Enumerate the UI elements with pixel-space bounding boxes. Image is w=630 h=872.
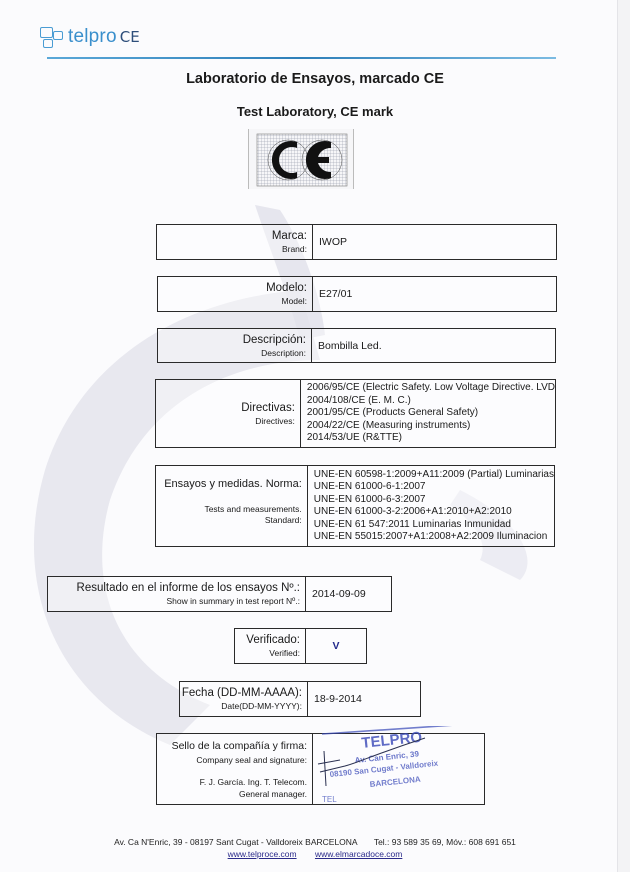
directives-label-en: Directives: xyxy=(156,416,295,426)
seal-label-en: Company seal and signature: xyxy=(157,755,307,765)
footer-address-text: Av. Ca N'Enric, 39 - 08197 Sant Cugat - … xyxy=(114,837,358,847)
report-label: Resultado en el informe de los ensayos N… xyxy=(48,582,300,594)
page-subtitle: Test Laboratory, CE mark xyxy=(0,104,630,119)
telproce-link[interactable]: www.telproce.com xyxy=(228,849,297,859)
page-title: Laboratorio de Ensayos, marcado CE xyxy=(0,71,630,87)
telpro-logo: telpro CE xyxy=(40,22,140,52)
logo-text: telpro xyxy=(68,26,117,48)
seal-field: Sello de la compañía y firma: Company se… xyxy=(156,733,485,805)
verified-value: V xyxy=(332,640,339,652)
directive-item: 2006/95/CE (Electric Safety. Low Voltage… xyxy=(307,382,555,395)
seal-label: Sello de la compañía y firma: xyxy=(157,740,307,752)
description-field: Descripción: Description: Bombilla Led. xyxy=(157,328,556,363)
footer-links: www.telproce.com www.elmarcadoce.com xyxy=(0,849,630,859)
date-label: Fecha (DD-MM-AAAA): xyxy=(180,687,302,699)
brand-label: Marca: xyxy=(157,230,307,242)
logo-squares-icon xyxy=(40,25,66,49)
description-label: Descripción: xyxy=(158,334,306,346)
verified-label-en: Verified: xyxy=(235,648,300,658)
date-value: 18-9-2014 xyxy=(314,693,420,705)
ce-mark-icon xyxy=(249,129,353,189)
directive-item: 2004/108/CE (E. M. C.) xyxy=(307,395,555,408)
standards-field: Ensayos y medidas. Norma: Tests and meas… xyxy=(155,465,555,547)
logo-ce: CE xyxy=(120,28,140,46)
page-edge xyxy=(617,0,630,872)
standards-label-en-2: Standard: xyxy=(156,515,302,525)
signer-name: F. J. García. Ing. T. Telecom. xyxy=(157,777,307,787)
verified-field: Verificado: Verified: V xyxy=(234,628,367,664)
standard-item: UNE-EN 60598-1:2009+A11:2009 (Partial) L… xyxy=(314,469,554,482)
brand-field: Marca: Brand: IWOP xyxy=(156,224,557,260)
model-value: E27/01 xyxy=(319,288,556,300)
date-field: Fecha (DD-MM-AAAA): Date(DD-MM-YYYY): 18… xyxy=(179,681,421,717)
model-field: Modelo: Model: E27/01 xyxy=(157,276,557,312)
standards-label: Ensayos y medidas. Norma: xyxy=(156,478,302,490)
standard-item: UNE-EN 61000-3-2:2006+A1:2010+A2:2010 xyxy=(314,506,554,519)
directive-item: 2004/22/CE (Measuring instruments) xyxy=(307,420,555,433)
report-value: 2014-09-09 xyxy=(312,588,391,600)
ce-mark-diagram xyxy=(248,129,354,189)
directive-item: 2014/53/UE (R&TTE) xyxy=(307,432,555,445)
brand-label-en: Brand: xyxy=(157,244,307,254)
standards-list: UNE-EN 60598-1:2009+A11:2009 (Partial) L… xyxy=(308,466,554,546)
signer-role: General manager. xyxy=(157,789,307,799)
directives-list: 2006/95/CE (Electric Safety. Low Voltage… xyxy=(301,380,555,447)
footer-address: Av. Ca N'Enric, 39 - 08197 Sant Cugat - … xyxy=(0,837,630,847)
verified-label: Verificado: xyxy=(235,634,300,646)
standard-item: UNE-EN 55015:2007+A1:2008+A2:2009 Ilumin… xyxy=(314,531,554,544)
header-rule xyxy=(47,57,556,59)
description-value: Bombilla Led. xyxy=(318,340,555,352)
elmarcadoce-link[interactable]: www.elmarcadoce.com xyxy=(315,849,402,859)
report-field: Resultado en el informe de los ensayos N… xyxy=(47,576,392,612)
standards-label-en: Tests and measurements. xyxy=(156,504,302,514)
brand-value: IWOP xyxy=(319,236,556,248)
footer-phones: Tel.: 93 589 35 69, Móv.: 608 691 651 xyxy=(374,837,516,847)
date-label-en: Date(DD-MM-YYYY): xyxy=(180,701,302,711)
description-label-en: Description: xyxy=(158,348,306,358)
directives-label: Directivas: xyxy=(156,402,295,414)
standard-item: UNE-EN 61000-6-1:2007 xyxy=(314,481,554,494)
directive-item: 2001/95/CE (Products General Safety) xyxy=(307,407,555,420)
report-label-en: Show in summary in test report Nº.: xyxy=(48,596,300,606)
model-label-en: Model: xyxy=(158,296,307,306)
directives-field: Directivas: Directives: 2006/95/CE (Elec… xyxy=(155,379,556,448)
standard-item: UNE-EN 61 547:2011 Luminarias Inmunidad xyxy=(314,519,554,532)
model-label: Modelo: xyxy=(158,282,307,294)
standard-item: UNE-EN 61000-6-3:2007 xyxy=(314,494,554,507)
